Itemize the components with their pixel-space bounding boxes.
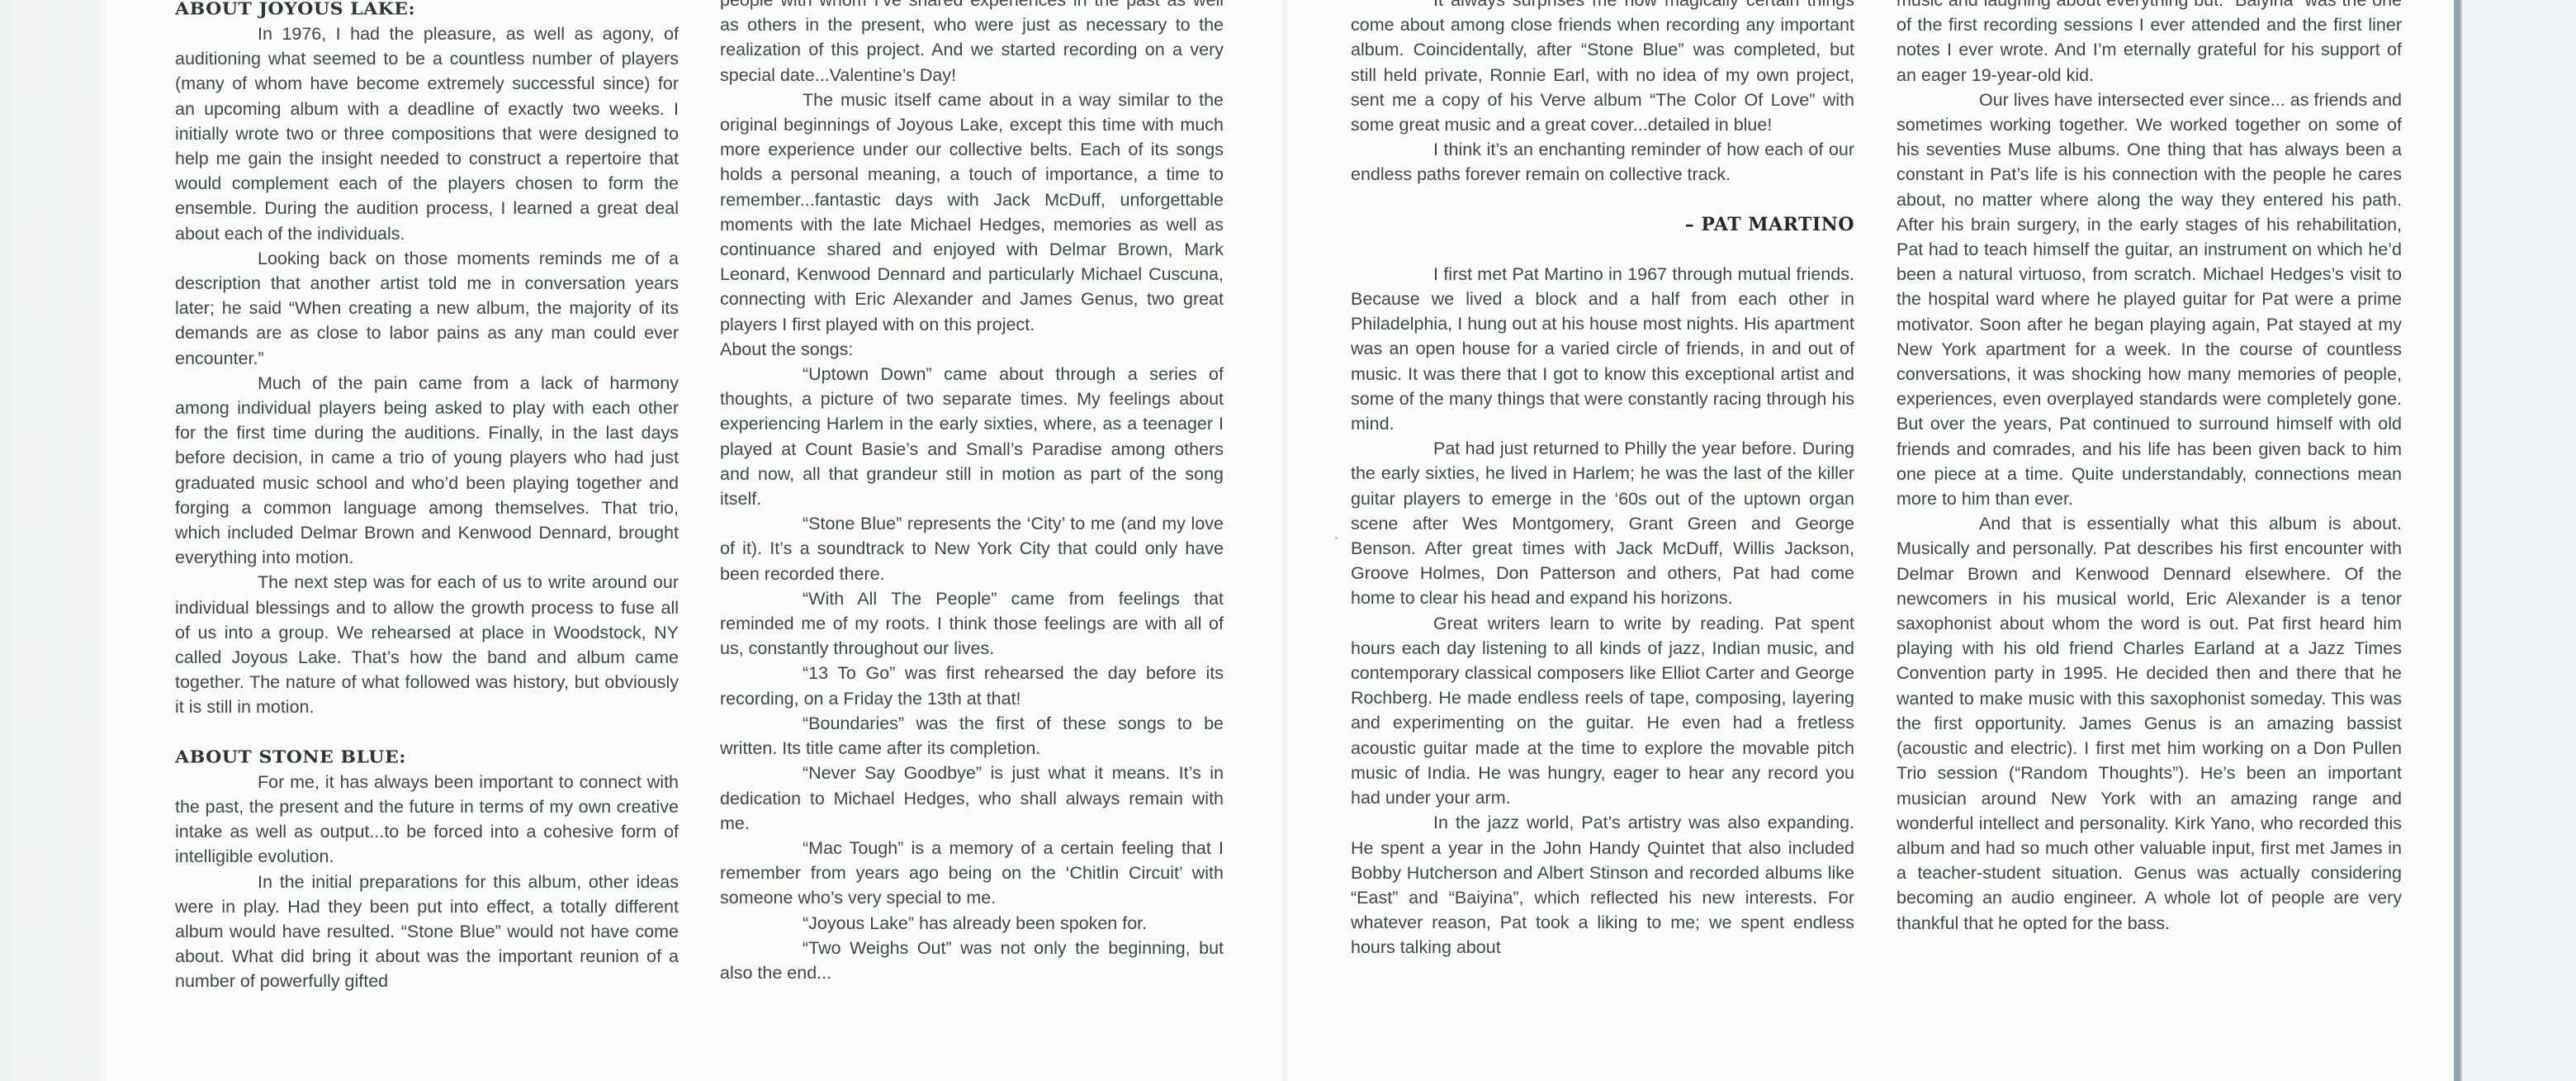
paragraph-continuation: people with whom I’ve shared experiences… <box>720 0 1224 88</box>
paragraph: It always surprises me how magically cer… <box>1351 0 1854 137</box>
scan-background-right <box>2462 0 2576 1081</box>
paragraph: Our lives have intersected ever since...… <box>1896 88 2402 511</box>
song-note: “Two Weighs Out” was not only the beginn… <box>720 936 1224 985</box>
paragraph-continuation: music and laughing about everything but.… <box>1896 0 2402 88</box>
paragraph: The next step was for each of us to writ… <box>175 570 679 719</box>
heading-about-joyous-lake: ABOUT JOYOUS LAKE: <box>175 0 679 21</box>
paragraph: Much of the pain came from a lack of har… <box>175 371 679 571</box>
heading-about-stone-blue: ABOUT STONE BLUE: <box>175 745 679 769</box>
paragraph: And that is essentially what this album … <box>1896 511 2402 935</box>
song-note: “13 To Go” was first rehearsed the day b… <box>720 661 1224 710</box>
column-4: music and laughing about everything but.… <box>1896 0 2402 936</box>
paragraph: Great writers learn to write by reading.… <box>1351 611 1854 811</box>
paragraph: The music itself came about in a way sim… <box>720 88 1224 337</box>
paragraph: In the jazz world, Pat’s artistry was al… <box>1351 810 1854 960</box>
column-2: people with whom I’ve shared experiences… <box>720 0 1224 985</box>
page-fold <box>1280 0 1290 1081</box>
song-note: “Never Say Goodbye” is just what it mean… <box>720 761 1224 836</box>
column-1: ABOUT JOYOUS LAKE: In 1976, I had the pl… <box>175 0 679 994</box>
signature-pat-martino: – PAT MARTINO <box>1351 212 1854 237</box>
songs-label: About the songs: <box>720 337 1224 362</box>
song-note: “Joyous Lake” has already been spoken fo… <box>720 911 1224 936</box>
paragraph: Pat had just returned to Philly the year… <box>1351 436 1854 610</box>
song-note: “With All The People” came from feelings… <box>720 586 1224 661</box>
paragraph: In 1976, I had the pleasure, as well as … <box>175 21 679 246</box>
page-edge-shadow <box>2454 0 2462 1081</box>
column-3: It always surprises me how magically cer… <box>1351 0 1854 960</box>
scan-background-left <box>0 0 106 1081</box>
song-note: “Mac Tough” is a memory of a certain fee… <box>720 836 1224 911</box>
song-note: “Uptown Down” came about through a serie… <box>720 362 1224 511</box>
paragraph: In the initial preparations for this alb… <box>175 870 679 994</box>
paragraph: Looking back on those moments reminds me… <box>175 246 679 371</box>
song-note: “Boundaries” was the first of these song… <box>720 711 1224 761</box>
paragraph: I first met Pat Martino in 1967 through … <box>1351 262 1854 436</box>
paragraph: I think it’s an enchanting reminder of h… <box>1351 137 1854 187</box>
scan-speck <box>1335 537 1338 539</box>
song-note: “Stone Blue” represents the ‘City’ to me… <box>720 511 1224 586</box>
paragraph: For me, it has always been important to … <box>175 770 679 870</box>
